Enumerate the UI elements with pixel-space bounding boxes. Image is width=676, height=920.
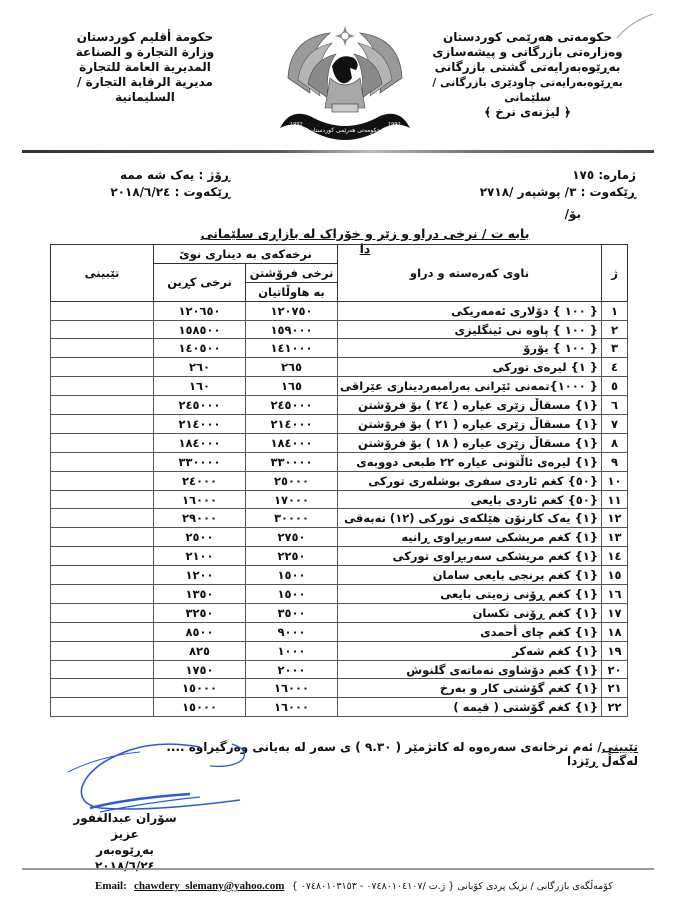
letter-day: ڕۆژ : یەک شە ممە	[60, 167, 230, 184]
row-sell-price: ١٨٤٠٠٠	[246, 433, 338, 452]
row-notes	[51, 547, 154, 566]
row-index: ١٠	[602, 471, 628, 490]
row-notes	[51, 433, 154, 452]
row-notes	[51, 301, 154, 320]
header-kurdish: حکومەتی هەرێمی کوردستان وەزارەتی بازرگان…	[415, 30, 640, 120]
row-buy-price: ٢٦٠	[154, 358, 246, 377]
row-item-name: {١} کغم شەکر	[338, 641, 602, 660]
row-item-name: { ١} لیرەی تورکی	[338, 358, 602, 377]
row-sell-price: ٢٦٥	[246, 358, 338, 377]
row-notes	[51, 679, 154, 698]
row-sell-price: ٣٠٠٠٠	[246, 509, 338, 528]
emblem-ribbon-text: حکومەتی هەرێمی کوردستان	[309, 127, 380, 134]
footnote-label: تێبینی	[602, 740, 638, 754]
row-item-name: { ١٠٠ } یۆرۆ	[338, 339, 602, 358]
row-buy-price: ١٤٠٥٠٠	[154, 339, 246, 358]
col-header-name: ناوی كەرەستە و دراو	[338, 245, 602, 302]
letter-meta-left: ڕۆژ : یەک شە ممە ڕێکەوت : ٢٠١٨/٦/٢٤	[60, 167, 230, 201]
header-kurdish-line-1: حکومەتی هەرێمی کوردستان	[415, 30, 640, 45]
row-item-name: {١} کغم برنجی بایعی سامان	[338, 566, 602, 585]
table-row: ١{ ١٠٠ } دۆلاری ئەمەریکی١٢٠٧٥٠١٢٠٦٥٠	[51, 301, 628, 320]
col-header-sell-sub: بە هاوڵاتیان	[246, 282, 338, 301]
row-notes	[51, 320, 154, 339]
row-notes	[51, 585, 154, 604]
header-kurdish-line-3: بەڕێوەبەرایەتی گشتی بازرگانی	[415, 60, 640, 75]
table-row: ١٩{١} کغم شەکر١٠٠٠٨٢٥	[51, 641, 628, 660]
table-row: ٨{١} مسقاڵ زێری عیارە ( ١٨ ) بۆ فرۆشتن١٨…	[51, 433, 628, 452]
header-divider	[22, 150, 654, 153]
header-arabic: حكومة أقليم كوردستان وزارة التجارة و الص…	[55, 30, 235, 105]
row-buy-price: ٣٣٠٠٠٠	[154, 452, 246, 471]
row-sell-price: ٢١٤٠٠٠	[246, 415, 338, 434]
row-sell-price: ١٢٠٧٥٠	[246, 301, 338, 320]
row-sell-price: ٢٢٥٠	[246, 547, 338, 566]
table-row: ٥{ ١٠٠٠}تمەنی ئێرانی بەرامبەردیناری عێرا…	[51, 377, 628, 396]
table-row: ٢٠{١} کغم دۆشاوی تەماتەی گلنوش٢٠٠٠١٧٥٠	[51, 660, 628, 679]
table-row: ١٧{١} کغم ڕۆنی تکسان٣٥٠٠٣٢٥٠	[51, 603, 628, 622]
row-item-name: {١} کغم گۆشتی ( قیمە )	[338, 698, 602, 717]
table-row: ١١{٥٠} کغم ئاردی بایعی١٧٠٠٠١٦٠٠٠	[51, 490, 628, 509]
footer-divider	[22, 868, 654, 870]
row-sell-price: ٢٧٥٠	[246, 528, 338, 547]
row-item-name: {١} کغم مریشکی سەربڕاوی ڕانیە	[338, 528, 602, 547]
row-sell-price: ١٥٠٠	[246, 585, 338, 604]
row-index: ٦	[602, 396, 628, 415]
letter-recipient: بۆ/	[565, 207, 581, 221]
email-link[interactable]: chawdery_slemany@yahoo.com	[134, 880, 284, 892]
row-notes	[51, 396, 154, 415]
row-sell-price: ١٥٠٠	[246, 566, 338, 585]
row-sell-price: ٢٥٠٠٠	[246, 471, 338, 490]
row-item-name: { ١٠٠ } پاوە نی ئینگلیزی	[338, 320, 602, 339]
row-index: ١	[602, 301, 628, 320]
row-buy-price: ٨٢٥	[154, 641, 246, 660]
row-index: ٢٠	[602, 660, 628, 679]
table-row: ٢١{١} کغم گۆشتی کار و بەرخ١٦٠٠٠١٥٠٠٠	[51, 679, 628, 698]
row-sell-price: ١٤١٠٠٠	[246, 339, 338, 358]
row-item-name: {٥٠} کغم ئاردی سفری بوشلەری تورکی	[338, 471, 602, 490]
row-index: ٨	[602, 433, 628, 452]
signature-date: ٢٠١٨/٦/٢٤	[70, 858, 180, 874]
row-item-name: {١} مسقاڵ زێری عیارە ( ١٨ ) بۆ فرۆشتن	[338, 433, 602, 452]
footer-contact: کۆمەڵگەی بازرگانی / نزیک پردی کۆبانی { ژ…	[292, 881, 613, 892]
row-sell-price: ١٦٠٠٠	[246, 679, 338, 698]
header-kurdish-line-2: وەزارەتی بازرگانی و پیشەسازی	[415, 45, 640, 60]
table-row: ١٨{١} کغم چای أحمدی٩٠٠٠٨٥٠٠	[51, 622, 628, 641]
row-sell-price: ٣٣٠٠٠٠	[246, 452, 338, 471]
row-index: ١١	[602, 490, 628, 509]
table-row: ١٥{١} کغم برنجی بایعی سامان١٥٠٠١٢٠٠	[51, 566, 628, 585]
table-row: ١٢{١} یەک کارتۆن هێلکەی تورکی (١٢) تەبەق…	[51, 509, 628, 528]
row-index: ٩	[602, 452, 628, 471]
signature-block: سۆران عبدالغفور عزیز بەڕێوەبەر ٢٠١٨/٦/٢٤	[70, 810, 180, 874]
row-item-name: {١} کغم چای أحمدی	[338, 622, 602, 641]
row-sell-price: ١٧٠٠٠	[246, 490, 338, 509]
col-header-notes: تێبینی	[51, 245, 154, 302]
row-notes	[51, 452, 154, 471]
row-notes	[51, 528, 154, 547]
row-sell-price: ١٥٩٠٠٠	[246, 320, 338, 339]
row-buy-price: ١٢٠٦٥٠	[154, 301, 246, 320]
row-sell-price: ٩٠٠٠	[246, 622, 338, 641]
header-arabic-line-3: المديرية العامة للتجارة	[55, 60, 235, 75]
col-header-buy: نرخی کڕین	[154, 263, 246, 301]
row-item-name: { ١٠٠ } دۆلاری ئەمەریکی	[338, 301, 602, 320]
row-buy-price: ١٨٤٠٠٠	[154, 433, 246, 452]
emblem-year-right: 1992	[388, 122, 401, 128]
row-sell-price: ٢٠٠٠	[246, 660, 338, 679]
signatory-name: سۆران عبدالغفور عزیز	[70, 810, 180, 842]
row-item-name: { ١٠٠٠}تمەنی ئێرانی بەرامبەردیناری عێراق…	[338, 377, 602, 396]
row-buy-price: ١٣٥٠	[154, 585, 246, 604]
letter-date-kurdish: ڕێکەوت : ٣/ پوشپەر /٢٧١٨	[480, 184, 636, 201]
row-notes	[51, 509, 154, 528]
row-sell-price: ١٦٥	[246, 377, 338, 396]
row-item-name: {٥٠} کغم ئاردی بایعی	[338, 490, 602, 509]
header-kurdish-line-4: بەڕێوەبەرایەتی چاودێری بازرگانی / سلێمان…	[415, 75, 640, 105]
kurdistan-emblem-icon: حکومەتی هەرێمی کوردستان 1992 1992	[270, 8, 420, 148]
row-buy-price: ٨٥٠٠	[154, 622, 246, 641]
row-index: ٥	[602, 377, 628, 396]
letter-meta-right: ژمارە: ١٧٥ ڕێکەوت : ٣/ پوشپەر /٢٧١٨	[480, 167, 636, 201]
row-sell-price: ١٠٠٠	[246, 641, 338, 660]
table-row: ١٤{١} کغم مریشکی سەربڕاوی تورکی٢٢٥٠٢١٠٠	[51, 547, 628, 566]
row-notes	[51, 377, 154, 396]
row-buy-price: ٢٥٠٠	[154, 528, 246, 547]
row-buy-price: ١٦٠	[154, 377, 246, 396]
letter-date-gregorian: ڕێکەوت : ٢٠١٨/٦/٢٤	[60, 184, 230, 201]
row-item-name: {١} لیرەی ئاڵتونی عیارە ٢٢ طبعی دووبەی	[338, 452, 602, 471]
row-notes	[51, 339, 154, 358]
price-committee-label: ﴿ لیژنەی نرخ ﴾	[415, 105, 640, 120]
row-notes	[51, 698, 154, 717]
row-buy-price: ٢١٤٠٠٠	[154, 415, 246, 434]
row-notes	[51, 490, 154, 509]
row-notes	[51, 358, 154, 377]
letter-number: ژمارە: ١٧٥	[480, 167, 636, 184]
row-notes	[51, 641, 154, 660]
table-row: ١٠{٥٠} کغم ئاردی سفری بوشلەری تورکی٢٥٠٠٠…	[51, 471, 628, 490]
col-header-price-group: نرخەکەی بە دیناری نوێ	[154, 245, 338, 264]
table-row: ٢٢{١} کغم گۆشتی ( قیمە )١٦٠٠٠١٥٠٠٠	[51, 698, 628, 717]
row-buy-price: ١٥٠٠٠	[154, 698, 246, 717]
row-item-name: {١} کغم مریشکی سەربڕاوی تورکی	[338, 547, 602, 566]
row-item-name: {١} یەک کارتۆن هێلکەی تورکی (١٢) تەبەقی	[338, 509, 602, 528]
row-index: ٣	[602, 339, 628, 358]
row-index: ١٧	[602, 603, 628, 622]
row-sell-price: ٣٥٠٠	[246, 603, 338, 622]
table-row: ٦{١} مسقاڵ زێری عیارە ( ٢٤ ) بۆ فرۆشتن٢٤…	[51, 396, 628, 415]
row-buy-price: ٢١٠٠	[154, 547, 246, 566]
row-notes	[51, 566, 154, 585]
row-sell-price: ٢٤٥٠٠٠	[246, 396, 338, 415]
row-index: ٢	[602, 320, 628, 339]
row-index: ١٨	[602, 622, 628, 641]
table-row: ١٦{١} کغم ڕۆنی زەیتی بایعی١٥٠٠١٣٥٠	[51, 585, 628, 604]
row-index: ٢١	[602, 679, 628, 698]
table-row: ١٣{١} کغم مریشکی سەربڕاوی ڕانیە٢٧٥٠٢٥٠٠	[51, 528, 628, 547]
row-notes	[51, 471, 154, 490]
header-arabic-line-2: وزارة التجارة و الصناعة	[55, 45, 235, 60]
row-item-name: {١} کغم گۆشتی کار و بەرخ	[338, 679, 602, 698]
row-index: ١٦	[602, 585, 628, 604]
row-sell-price: ١٦٠٠٠	[246, 698, 338, 717]
table-row: ٣{ ١٠٠ } یۆرۆ١٤١٠٠٠١٤٠٥٠٠	[51, 339, 628, 358]
row-item-name: {١} مسقاڵ زێری عیارە ( ٢١ ) بۆ فرۆشتن	[338, 415, 602, 434]
row-index: ١٥	[602, 566, 628, 585]
row-notes	[51, 660, 154, 679]
row-index: ٢٢	[602, 698, 628, 717]
row-item-name: {١} مسقاڵ زێری عیارە ( ٢٤ ) بۆ فرۆشتن	[338, 396, 602, 415]
header-arabic-line-4: مديرية الرقابة التجارة / السليمانية	[55, 75, 235, 105]
row-buy-price: ٢٩٠٠٠	[154, 509, 246, 528]
scan-mark-icon	[615, 10, 655, 40]
row-buy-price: ١٢٠٠	[154, 566, 246, 585]
row-item-name: {١} کغم ڕۆنی تکسان	[338, 603, 602, 622]
emblem-year-left: 1992	[290, 122, 303, 128]
row-buy-price: ٢٤٥٠٠٠	[154, 396, 246, 415]
row-index: ٧	[602, 415, 628, 434]
row-item-name: {١} کغم ڕۆنی زەیتی بایعی	[338, 585, 602, 604]
row-index: ١٩	[602, 641, 628, 660]
row-buy-price: ٢٤٠٠٠	[154, 471, 246, 490]
table-row: ٩{١} لیرەی ئاڵتونی عیارە ٢٢ طبعی دووبەی٣…	[51, 452, 628, 471]
table-row: ٧{١} مسقاڵ زێری عیارە ( ٢١ ) بۆ فرۆشتن٢١…	[51, 415, 628, 434]
col-header-index: ژ	[602, 245, 628, 302]
row-buy-price: ١٦٠٠٠	[154, 490, 246, 509]
row-notes	[51, 603, 154, 622]
col-header-sell: نرخی فرۆشتن	[246, 263, 338, 282]
table-row: ٤{ ١} لیرەی تورکی٢٦٥٢٦٠	[51, 358, 628, 377]
row-buy-price: ١٥٠٠٠	[154, 679, 246, 698]
table-row: ٢{ ١٠٠ } پاوە نی ئینگلیزی١٥٩٠٠٠١٥٨٥٠٠	[51, 320, 628, 339]
row-index: ١٢	[602, 509, 628, 528]
row-item-name: {١} کغم دۆشاوی تەماتەی گلنوش	[338, 660, 602, 679]
row-index: ٤	[602, 358, 628, 377]
row-index: ١٤	[602, 547, 628, 566]
signatory-title: بەڕێوەبەر	[70, 842, 180, 858]
email-label: Email:	[95, 880, 127, 892]
row-index: ١٣	[602, 528, 628, 547]
row-buy-price: ١٧٥٠	[154, 660, 246, 679]
row-notes	[51, 622, 154, 641]
footer: Email: chawdery_slemany@yahoo.com کۆمەڵگ…	[95, 880, 655, 892]
price-table: ژ ناوی كەرەستە و دراو نرخەکەی بە دیناری …	[50, 244, 628, 717]
row-buy-price: ١٥٨٥٠٠	[154, 320, 246, 339]
row-buy-price: ٣٢٥٠	[154, 603, 246, 622]
row-notes	[51, 415, 154, 434]
header-arabic-line-1: حكومة أقليم كوردستان	[55, 30, 235, 45]
